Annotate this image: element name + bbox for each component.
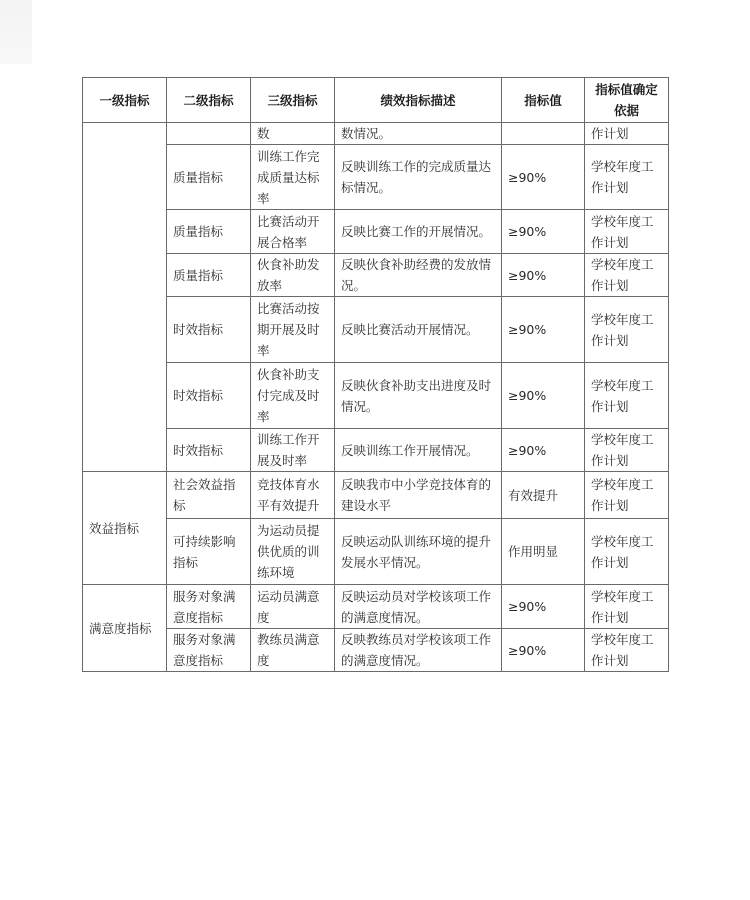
- basis-cell: 学校年度工作计划: [585, 519, 669, 585]
- value-cell: ≥90%: [502, 254, 585, 297]
- basis-cell: 学校年度工作计划: [585, 585, 669, 629]
- level3-cell: 伙食补助发放率: [251, 254, 335, 297]
- level3-cell: 竞技体育水平有效提升: [251, 472, 335, 519]
- table-row: 效益指标 社会效益指标 竞技体育水平有效提升 反映我市中小学竞技体育的建设水平 …: [83, 472, 669, 519]
- level1-cell: 满意度指标: [83, 585, 167, 672]
- basis-cell: 学校年度工作计划: [585, 297, 669, 363]
- description-cell: 反映教练员对学校该项工作的满意度情况。: [335, 629, 502, 672]
- value-cell: ≥90%: [502, 297, 585, 363]
- level3-cell: 训练工作开展及时率: [251, 429, 335, 472]
- level3-cell: 数: [251, 123, 335, 145]
- scan-artifact: [0, 0, 32, 64]
- level3-cell: 伙食补助支付完成及时率: [251, 363, 335, 429]
- level2-cell: 质量指标: [167, 254, 251, 297]
- description-cell: 反映我市中小学竞技体育的建设水平: [335, 472, 502, 519]
- level3-cell: 训练工作完成质量达标率: [251, 145, 335, 210]
- value-cell: ≥90%: [502, 429, 585, 472]
- basis-cell: 学校年度工作计划: [585, 145, 669, 210]
- basis-cell: 学校年度工作计划: [585, 629, 669, 672]
- description-cell: 反映比赛活动开展情况。: [335, 297, 502, 363]
- header-description: 绩效指标描述: [335, 78, 502, 123]
- table-row: 服务对象满意度指标 教练员满意度 反映教练员对学校该项工作的满意度情况。 ≥90…: [83, 629, 669, 672]
- level1-cell: [83, 123, 167, 472]
- level2-cell: [167, 123, 251, 145]
- table-row: 时效指标 比赛活动按期开展及时率 反映比赛活动开展情况。 ≥90% 学校年度工作…: [83, 297, 669, 363]
- table-header-row: 一级指标 二级指标 三级指标 绩效指标描述 指标值 指标值确定依据: [83, 78, 669, 123]
- table-row: 时效指标 训练工作开展及时率 反映训练工作开展情况。 ≥90% 学校年度工作计划: [83, 429, 669, 472]
- description-cell: 反映比赛工作的开展情况。: [335, 210, 502, 254]
- basis-cell: 学校年度工作计划: [585, 210, 669, 254]
- basis-cell: 学校年度工作计划: [585, 429, 669, 472]
- performance-indicator-table: 一级指标 二级指标 三级指标 绩效指标描述 指标值 指标值确定依据 数 数情况。…: [82, 77, 669, 672]
- table-row: 时效指标 伙食补助支付完成及时率 反映伙食补助支出进度及时情况。 ≥90% 学校…: [83, 363, 669, 429]
- description-cell: 反映伙食补助经费的发放情况。: [335, 254, 502, 297]
- value-cell: [502, 123, 585, 145]
- value-cell: ≥90%: [502, 145, 585, 210]
- level2-cell: 质量指标: [167, 145, 251, 210]
- table-row: 质量指标 训练工作完成质量达标率 反映训练工作的完成质量达标情况。 ≥90% 学…: [83, 145, 669, 210]
- header-level1: 一级指标: [83, 78, 167, 123]
- level3-cell: 比赛活动开展合格率: [251, 210, 335, 254]
- value-cell: 作用明显: [502, 519, 585, 585]
- description-cell: 反映训练工作的完成质量达标情况。: [335, 145, 502, 210]
- description-cell: 反映伙食补助支出进度及时情况。: [335, 363, 502, 429]
- basis-cell: 学校年度工作计划: [585, 472, 669, 519]
- level3-cell: 运动员满意度: [251, 585, 335, 629]
- value-cell: ≥90%: [502, 629, 585, 672]
- table-row: 满意度指标 服务对象满意度指标 运动员满意度 反映运动员对学校该项工作的满意度情…: [83, 585, 669, 629]
- table-row: 数 数情况。 作计划: [83, 123, 669, 145]
- header-level3: 三级指标: [251, 78, 335, 123]
- level2-cell: 服务对象满意度指标: [167, 629, 251, 672]
- value-cell: ≥90%: [502, 210, 585, 254]
- description-cell: 反映训练工作开展情况。: [335, 429, 502, 472]
- value-cell: ≥90%: [502, 585, 585, 629]
- table-row: 可持续影响指标 为运动员提供优质的训练环境 反映运动队训练环境的提升发展水平情况…: [83, 519, 669, 585]
- level3-cell: 为运动员提供优质的训练环境: [251, 519, 335, 585]
- level2-cell: 可持续影响指标: [167, 519, 251, 585]
- level1-cell: 效益指标: [83, 472, 167, 585]
- basis-cell: 学校年度工作计划: [585, 254, 669, 297]
- level2-cell: 时效指标: [167, 297, 251, 363]
- description-cell: 数情况。: [335, 123, 502, 145]
- header-level2: 二级指标: [167, 78, 251, 123]
- value-cell: ≥90%: [502, 363, 585, 429]
- table-row: 质量指标 伙食补助发放率 反映伙食补助经费的发放情况。 ≥90% 学校年度工作计…: [83, 254, 669, 297]
- level3-cell: 比赛活动按期开展及时率: [251, 297, 335, 363]
- level2-cell: 时效指标: [167, 429, 251, 472]
- description-cell: 反映运动员对学校该项工作的满意度情况。: [335, 585, 502, 629]
- basis-cell: 作计划: [585, 123, 669, 145]
- level2-cell: 时效指标: [167, 363, 251, 429]
- description-cell: 反映运动队训练环境的提升发展水平情况。: [335, 519, 502, 585]
- level2-cell: 质量指标: [167, 210, 251, 254]
- level2-cell: 服务对象满意度指标: [167, 585, 251, 629]
- level2-cell: 社会效益指标: [167, 472, 251, 519]
- level3-cell: 教练员满意度: [251, 629, 335, 672]
- header-basis: 指标值确定依据: [585, 78, 669, 123]
- header-value: 指标值: [502, 78, 585, 123]
- table-row: 质量指标 比赛活动开展合格率 反映比赛工作的开展情况。 ≥90% 学校年度工作计…: [83, 210, 669, 254]
- basis-cell: 学校年度工作计划: [585, 363, 669, 429]
- value-cell: 有效提升: [502, 472, 585, 519]
